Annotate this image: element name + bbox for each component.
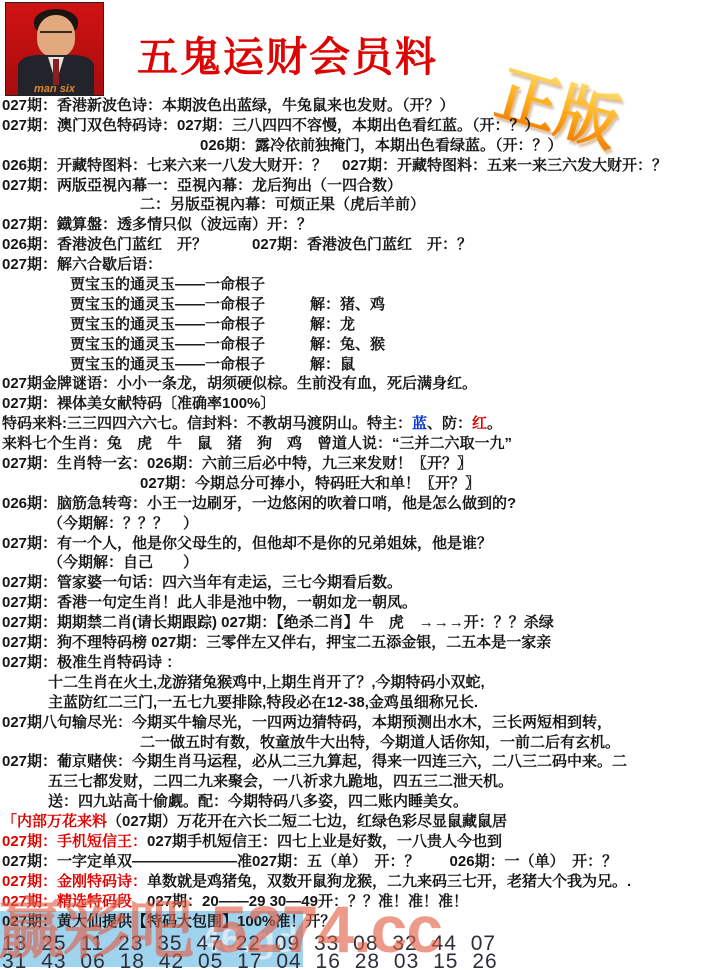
text-segment: 027期：香港一句定生肖！此人非是池中物，一朝如龙一朝凤。 [2, 594, 417, 611]
text-segment: 来料七个生肖：兔 虎 牛 鼠 猪 狗 鸡 曾道人说：“三并二六取一九” [2, 435, 512, 452]
text-segment: 027期手机短信王：四七上业是好数，一八贵人今也到 [147, 833, 502, 850]
text-line: 主蓝防红二三门,一五七九要排除,特段必在12-38,金鸡虽细称兄长. [0, 693, 723, 713]
red-text-segment: 027期：精选特码段 [2, 893, 132, 910]
text-line: 027期：解六合歇后语： [0, 255, 723, 275]
text-line: 026期：开藏特图料：七来六来一八发大财开：？ 027期：开藏特图料：五来一来三… [0, 156, 723, 176]
text-line: 027期金牌谜语：小小一条龙，胡须硬似棕。生前没有血，死后满身红。 [0, 374, 723, 394]
text-line: 027期：香港一句定生肖！此人非是池中物，一朝如龙一朝凤。 [0, 593, 723, 613]
text-line: 027期：两版亞視內幕一：亞視內幕：龙后狗出（一四合数） [0, 176, 723, 196]
text-segment: 027期：葡京赌侠：今期生肖马运程，必从二三九算起，得来一四连三六，二八三二码中… [2, 753, 627, 770]
text-segment: （今期解：？？？ ） [48, 515, 198, 532]
text-segment: 贾宝玉的通灵玉——一命根子 解：兔、猴 [70, 336, 385, 353]
red-text-segment: 「内部万花来料 [2, 813, 107, 830]
text-line: 027期：一字定单双———————准027期：五（单） 开：？ 026期：一（单… [0, 852, 723, 872]
text-segment: 五三七都发财，二四二九来聚会，一八祈求九跪地，四五三二泄天机。 [48, 773, 513, 790]
text-line: 027期：极准生肖特码诗 ： [0, 653, 723, 673]
text-segment: 027期：有一个人，他是你父母生的，但他却不是你的兄弟姐妹，他是谁？ [2, 535, 492, 552]
text-segment: 026期：开藏特图料：七来六来一八发大财开：？ 027期：开藏特图料：五来一来三… [2, 157, 667, 174]
text-line: 027期：今期总分可捧小，特码旺大和单！〖开？〗 [0, 474, 723, 494]
text-line: 贾宝玉的通灵玉——一命根子 [0, 275, 723, 295]
text-line: 贾宝玉的通灵玉——一命根子 解：鼠 [0, 355, 723, 375]
text-segment: 。 [487, 415, 502, 432]
text-line: 贾宝玉的通灵玉——一命根子 解：猪、鸡 [0, 295, 723, 315]
text-segment: 贾宝玉的通灵玉——一命根子 解：龙 [70, 316, 355, 333]
text-line: 027期：手机短信王：027期手机短信王：四七上业是好数，一八贵人今也到 [0, 832, 723, 852]
text-segment: 二：另版亞視內幕：可烦正果（虎后羊前） [140, 196, 425, 213]
text-segment: 027期：解六合歇后语： [2, 256, 162, 273]
red-text-segment: 红 [472, 415, 487, 432]
text-line: 027期：香港新波色诗：本期波色出蓝绿，牛兔鼠来也发财。（开？） [0, 96, 723, 116]
text-line: 027期：鐡算盤：透多情只似（波远南）开：？ [0, 215, 723, 235]
text-segment: 027期：今期总分可捧小，特码旺大和单！〖开？〗 [140, 475, 480, 492]
tip-sheet-page: man six 五鬼运财会员料 正版 46.gd 027期：香港新波色诗：本期波… [0, 0, 723, 970]
text-line: 026期：露冷依前独掩门，本期出色看绿蓝。（开：？） [0, 136, 723, 156]
text-line: 贾宝玉的通灵玉——一命根子 解：龙 [0, 315, 723, 335]
text-segment: 026期：脑筋急转弯：小王一边刷牙，一边悠闲的吹着口哨，他是怎么做到的? [2, 495, 516, 512]
text-segment: 027期：管家婆一句话：四六当年有走运，三七今期看后数。 [2, 574, 402, 591]
text-line: 「内部万花来料（027期）万花开在六长二短二七边，红绿色彩尽显鼠藏鼠居 [0, 812, 723, 832]
text-segment: 027期：澳门双色特码诗：027期：三八四四不容慢，本期出色看红蓝。（开：？） [2, 117, 540, 134]
text-segment: 贾宝玉的通灵玉——一命根子 解：鼠 [70, 356, 355, 373]
text-segment: 027期：期期禁二肖(请长期跟踪) 027期：【绝杀二肖】牛 虎 →→→开：？？… [2, 614, 554, 631]
text-segment: 送：四九站高十偷觑。配：今期特码八多姿，四二账内睡美女。 [48, 793, 468, 810]
portrait-photo: man six [5, 2, 104, 96]
text-segment: 、防： [427, 415, 472, 432]
text-segment: 十二生肖在火土,龙游猪兔猴鸡中,上期生肖开了？,今期特码小双蛇, [48, 674, 485, 691]
text-line: 027期：管家婆一句话：四六当年有走运，三七今期看后数。 [0, 573, 723, 593]
text-line: 026期：香港波色门蓝红 开？ 027期：香港波色门蓝红 开：？ [0, 235, 723, 255]
text-segment: 026期：露冷依前独掩门，本期出色看绿蓝。（开：？） [200, 137, 563, 154]
text-segment: 027期：极准生肖特码诗 ： [2, 654, 181, 671]
text-line: 来料七个生肖：兔 虎 牛 鼠 猪 狗 鸡 曾道人说：“三并二六取一九” [0, 434, 723, 454]
text-line: （今期解：自己 ） [0, 553, 723, 573]
text-line: 027期八句输尽光：今期买牛输尽光，一四两边猜特码，本期预测出水木，三长两短相到… [0, 713, 723, 733]
red-text-segment: 027期：金刚特码诗： [2, 873, 147, 890]
text-segment: 主蓝防红二三门,一五七九要排除,特段必在12-38,金鸡虽细称兄长. [48, 694, 478, 711]
text-line: 027期：裸体美女献特码〔准确率100%〕 [0, 394, 723, 414]
text-segment: 特码来料:三三四四六六七。信封料：不教胡马渡阴山。特主： [2, 415, 412, 432]
text-segment: 027期：黄大仙提供【特码大包围】100%准！开？ [2, 913, 335, 930]
text-segment: 027期：狗不理特码榜 027期：三零伴左又伴右，押宝二五添金银，二五本是一家亲 [2, 634, 551, 651]
text-line: 027期：澳门双色特码诗：027期：三八四四不容慢，本期出色看红蓝。（开：？） [0, 116, 723, 136]
text-segment: 贾宝玉的通灵玉——一命根子 解：猪、鸡 [70, 296, 385, 313]
text-line: （今期解：？？？ ） [0, 514, 723, 534]
text-line: 026期：脑筋急转弯：小王一边刷牙，一边悠闲的吹着口哨，他是怎么做到的? [0, 494, 723, 514]
portrait-caption: man six [6, 83, 103, 95]
numbers-row-2: 31 43 06 18 42 05 17 04 16 28 03 15 26 [2, 950, 498, 970]
text-segment: 贾宝玉的通灵玉——一命根子 [70, 276, 265, 293]
text-segment: （027期）万花开在六长二短二七边，红绿色彩尽显鼠藏鼠居 [107, 813, 507, 830]
text-line: 027期：生肖特一玄：026期：六前三后必中特，九三来发财！〖开？〗 [0, 454, 723, 474]
text-segment: 027期金牌谜语：小小一条龙，胡须硬似棕。生前没有血，死后满身红。 [2, 375, 477, 392]
text-segment: 027期：香港新波色诗：本期波色出蓝绿，牛兔鼠来也发财。（开？） [2, 97, 455, 114]
text-line: 二一做五时有数，牧童放牛大出特，今期道人话你知，一前二后有玄机。 [0, 733, 723, 753]
portrait-glasses [40, 31, 72, 40]
text-line: 二：另版亞視內幕：可烦正果（虎后羊前） [0, 195, 723, 215]
text-segment: 027期：裸体美女献特码〔准确率100%〕 [2, 395, 275, 412]
text-line: 027期：葡京赌侠：今期生肖马运程，必从二三九算起，得来一四连三六，二八三二码中… [0, 752, 723, 772]
text-segment: 单数就是鸡猪兔，双数开鼠狗龙猴，二九来码三七开，老猪大个我为兄。. [147, 873, 631, 890]
text-segment: 027期：两版亞視內幕一：亞視內幕：龙后狗出（一四合数） [2, 177, 402, 194]
text-segment: 二一做五时有数，牧童放牛大出特，今期道人话你知，一前二后有玄机。 [140, 734, 620, 751]
portrait-tie [53, 59, 59, 85]
text-segment: 027期八句输尽光：今期买牛输尽光，一四两边猜特码，本期预测出水木，三长两短相到… [2, 714, 612, 731]
red-text-segment: 027期：手机短信王： [2, 833, 147, 850]
text-line: 贾宝玉的通灵玉——一命根子 解：兔、猴 [0, 335, 723, 355]
blue-text-segment: 蓝 [412, 415, 427, 432]
text-line: 027期：黄大仙提供【特码大包围】100%准！开？ [0, 912, 723, 932]
text-line: 五三七都发财，二四二九来聚会，一八祈求九跪地，四五三二泄天机。 [0, 772, 723, 792]
text-line: 特码来料:三三四四六六七。信封料：不教胡马渡阴山。特主：蓝、防：红。 [0, 414, 723, 434]
page-title: 五鬼运财会员料 [137, 24, 438, 83]
text-line: 027期：金刚特码诗：单数就是鸡猪兔，双数开鼠狗龙猴，二九来码三七开，老猪大个我… [0, 872, 723, 892]
text-segment: （今期解：自己 ） [48, 554, 198, 571]
text-line: 送：四九站高十偷觑。配：今期特码八多姿，四二账内睡美女。 [0, 792, 723, 812]
text-line: 十二生肖在火土,龙游猪兔猴鸡中,上期生肖开了？,今期特码小双蛇, [0, 673, 723, 693]
text-segment: 027期：鐡算盤：透多情只似（波远南）开：？ [2, 216, 312, 233]
text-line: 027期：有一个人，他是你父母生的，但他却不是你的兄弟姐妹，他是谁？ [0, 534, 723, 554]
text-segment: 026期：香港波色门蓝红 开？ 027期：香港波色门蓝红 开：？ [2, 236, 472, 253]
text-line: 027期：精选特码段 027期：20——29 30—49开：？？准！准！准！ [0, 892, 723, 912]
text-line: 027期：期期禁二肖(请长期跟踪) 027期：【绝杀二肖】牛 虎 →→→开：？？… [0, 613, 723, 633]
text-body: 027期：香港新波色诗：本期波色出蓝绿，牛兔鼠来也发财。（开？）027期：澳门双… [0, 96, 723, 931]
text-line: 027期：狗不理特码榜 027期：三零伴左又伴右，押宝二五添金银，二五本是一家亲 [0, 633, 723, 653]
text-segment: 027期：生肖特一玄：026期：六前三后必中特，九三来发财！〖开？〗 [2, 455, 472, 472]
text-segment: 027期：一字定单双———————准027期：五（单） 开：？ 026期：一（单… [2, 853, 617, 870]
text-segment: 027期：20——29 30—49开：？？准！准！准！ [132, 893, 468, 910]
